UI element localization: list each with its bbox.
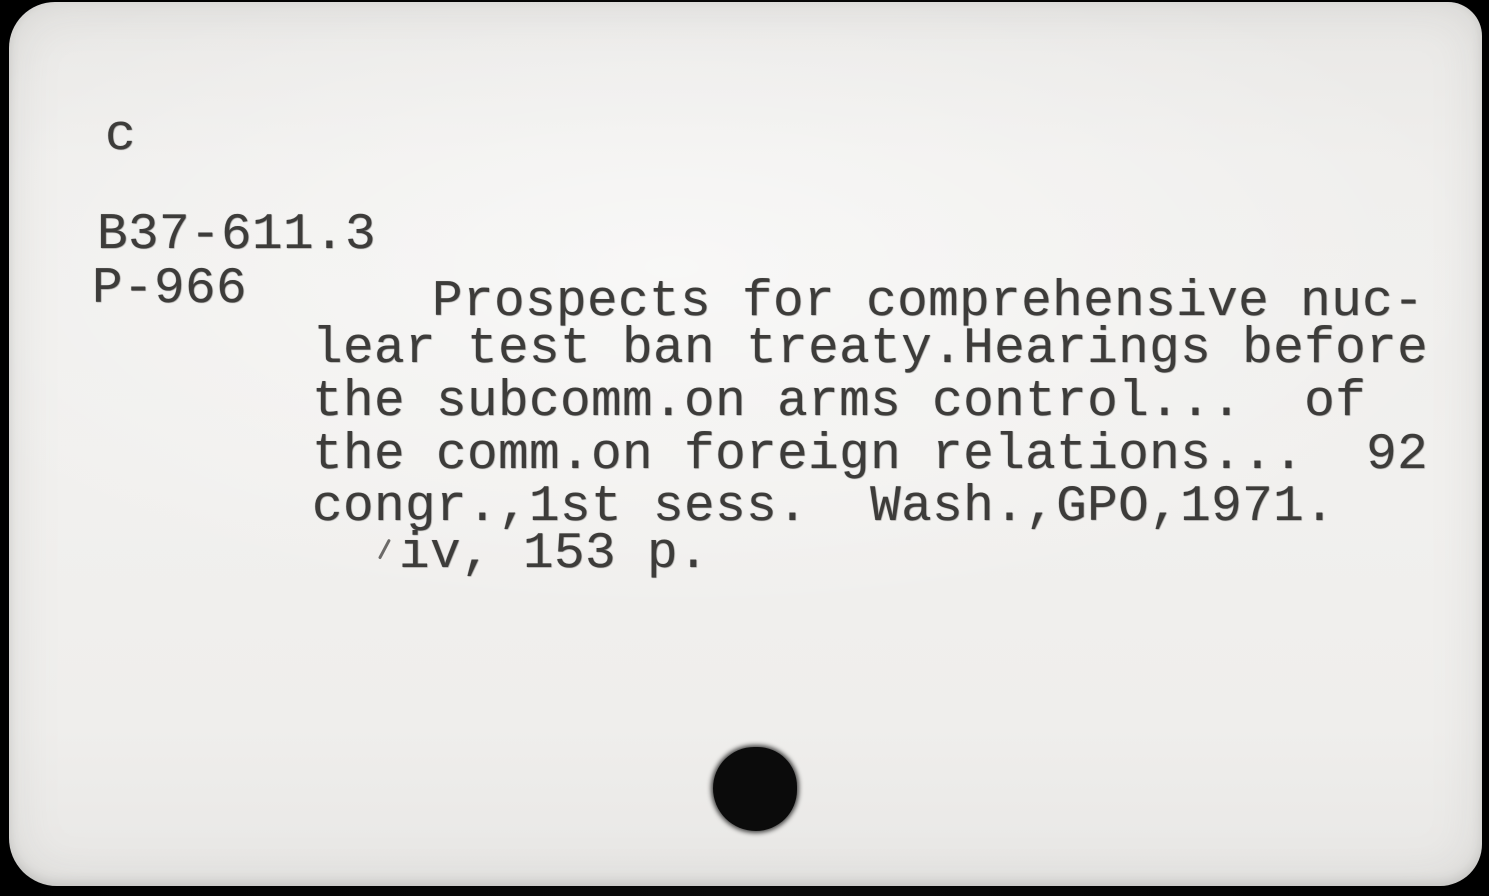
- call-number-line-2: P-966: [92, 264, 247, 315]
- stray-pen-mark: [378, 539, 391, 560]
- call-number-line-1: B37-611.3: [97, 210, 376, 261]
- punch-hole-dot: [713, 747, 797, 831]
- entry-title-line-2: lear test ban treaty.Hearings before: [312, 324, 1428, 375]
- entry-collation-line: iv, 153 p.: [399, 529, 709, 580]
- entry-title-line-4: the comm.on foreign relations... 92: [312, 430, 1428, 481]
- scan-background: c B37-611.3 P-966 Prospects for comprehe…: [0, 0, 1489, 896]
- corner-mark: c: [105, 111, 136, 162]
- entry-title-line-3: the subcomm.on arms control... of: [312, 377, 1366, 428]
- catalog-card: c B37-611.3 P-966 Prospects for comprehe…: [9, 2, 1482, 886]
